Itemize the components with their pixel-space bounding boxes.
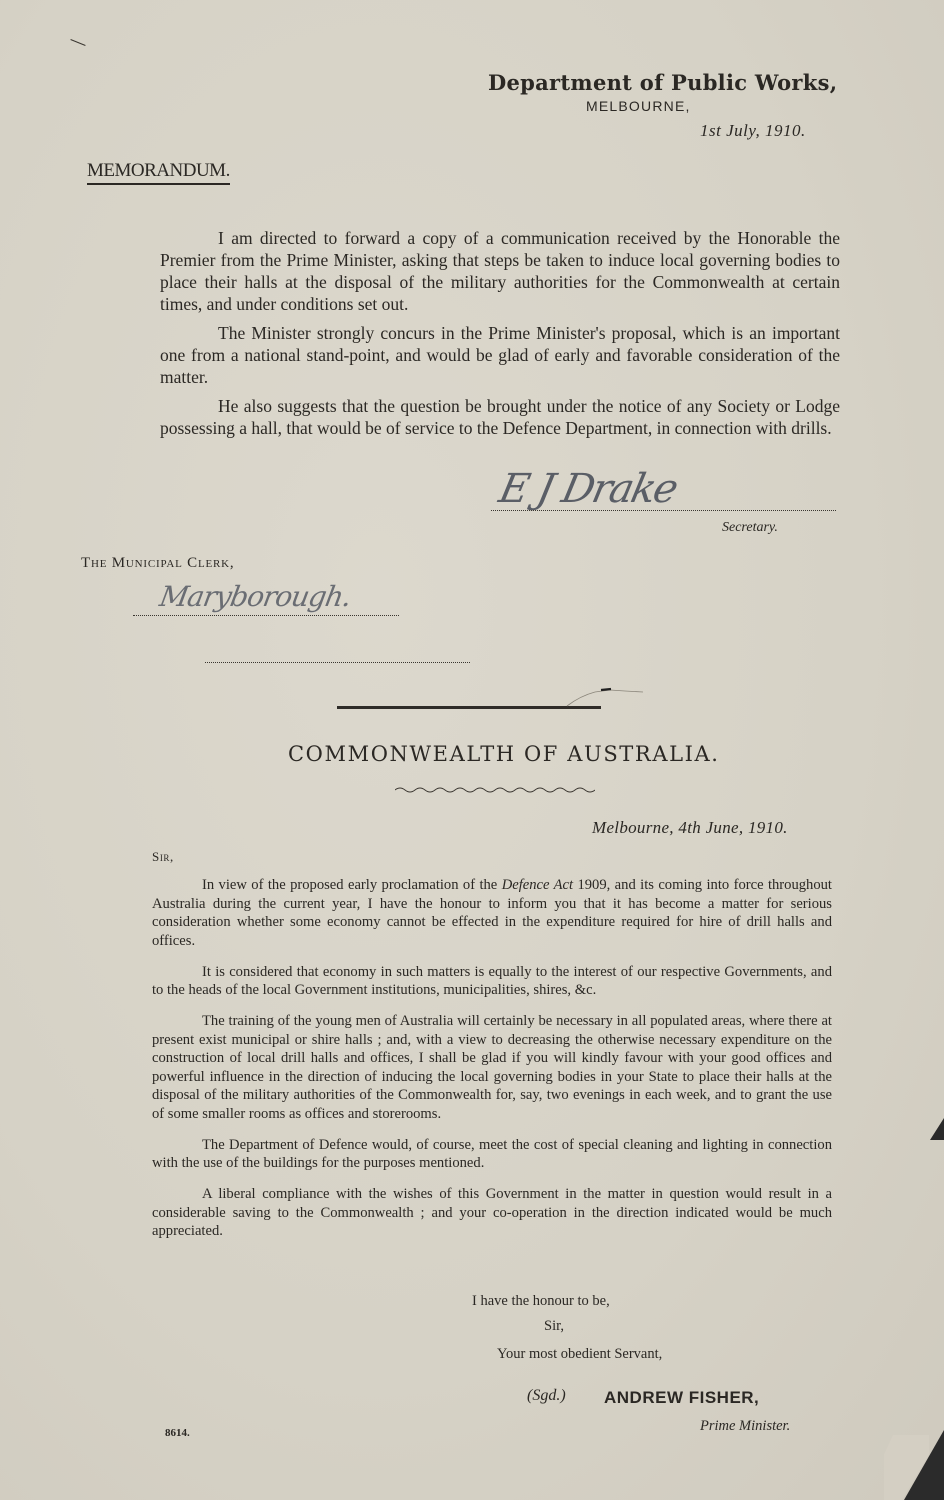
signatory-role: Prime Minister. <box>700 1418 790 1435</box>
torn-edge-shadow <box>930 1118 944 1140</box>
memo-paragraph: He also suggests that the question be br… <box>160 395 840 439</box>
closing-line-1: I have the honour to be, <box>472 1293 610 1310</box>
department-heading: Department of Public Works, <box>488 70 837 95</box>
city-heading: MELBOURNE, <box>586 98 691 114</box>
address-dotted-line-1 <box>133 615 399 616</box>
memo-paragraph: The Minister strongly concurs in the Pri… <box>160 322 840 388</box>
letter-paragraph: The Department of Defence would, of cour… <box>152 1136 832 1173</box>
wavy-divider <box>395 785 595 795</box>
pencil-mark <box>70 39 85 46</box>
signature-dotted-line <box>491 510 836 511</box>
letter-date: Melbourne, 4th June, 1910. <box>592 818 788 838</box>
letter-paragraph: It is considered that economy in such ma… <box>152 963 832 1000</box>
letter-body: In view of the proposed early proclamati… <box>152 876 832 1241</box>
letter-paragraph: In view of the proposed early proclamati… <box>152 876 832 950</box>
memo-paragraph: I am directed to forward a copy of a com… <box>160 227 840 315</box>
document-page: Department of Public Works, MELBOURNE, 1… <box>0 0 944 1500</box>
signatory-name: ANDREW FISHER, <box>604 1388 759 1408</box>
handwritten-location: Maryborough. <box>157 580 353 613</box>
addressee-label: The Municipal Clerk, <box>81 555 234 572</box>
paper-tear-mark <box>565 686 645 708</box>
signed-marker: (Sgd.) <box>527 1387 566 1405</box>
signatory-title: Secretary. <box>722 520 778 536</box>
salutation: Sir, <box>152 849 174 865</box>
text-run: In view of the proposed early proclamati… <box>202 877 502 893</box>
letter-heading: COMMONWEALTH OF AUSTRALIA. <box>288 742 720 766</box>
act-title: Defence Act <box>502 877 573 893</box>
letter-paragraph: The training of the young men of Austral… <box>152 1012 832 1123</box>
secretary-signature: E J Drake <box>495 466 680 512</box>
letter-paragraph: A liberal compliance with the wishes of … <box>152 1185 832 1241</box>
memo-date: 1st July, 1910. <box>700 121 806 141</box>
print-number: 8614. <box>165 1427 190 1439</box>
closing-line-2: Sir, <box>544 1318 564 1335</box>
memorandum-body: I am directed to forward a copy of a com… <box>160 227 840 446</box>
memorandum-title: MEMORANDUM. <box>87 160 230 185</box>
section-divider-rule <box>337 706 601 709</box>
closing-line-3: Your most obedient Servant, <box>497 1346 662 1363</box>
address-dotted-line-2 <box>205 662 470 663</box>
